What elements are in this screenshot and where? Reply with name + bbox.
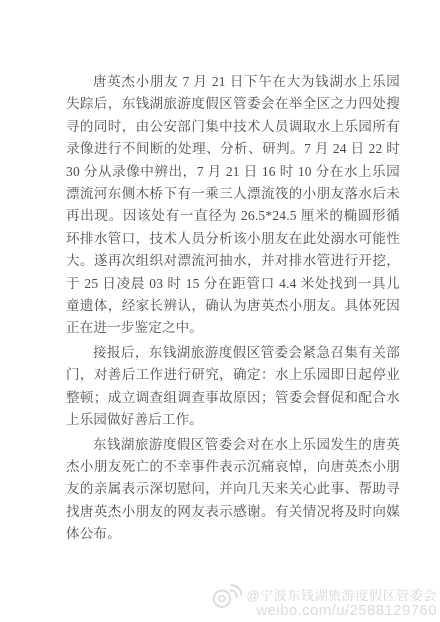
announcement-body: 唐英杰小朋友 7 月 21 日下午在大为钱湖水上乐园失踪后，东钱湖旅游度假区管委… — [66, 71, 400, 548]
watermark-text-block: @宁波东钱湖旅游度假区管委会 weibo.com/u/2588129760 — [246, 588, 437, 619]
weibo-watermark: @宁波东钱湖旅游度假区管委会 weibo.com/u/2588129760 — [211, 580, 437, 619]
weibo-logo-icon — [211, 580, 242, 610]
watermark-url: weibo.com/u/2588129760 — [246, 603, 437, 619]
announcement-paragraph: 接报后，东钱湖旅游度假区管委会紧急召集有关部门，对善后工作进行研究，确定：水上乐… — [66, 342, 400, 432]
announcement-paragraph: 东钱湖旅游度假区管委会对在水上乐园发生的唐英杰小朋友死亡的不幸事件表示沉痛哀悼，… — [66, 434, 400, 546]
watermark-account-name: @宁波东钱湖旅游度假区管委会 — [246, 588, 437, 603]
announcement-page: { "document": { "paragraphs": [ "唐英杰小朋友 … — [0, 0, 440, 622]
announcement-paragraph: 唐英杰小朋友 7 月 21 日下午在大为钱湖水上乐园失踪后，东钱湖旅游度假区管委… — [66, 71, 400, 340]
